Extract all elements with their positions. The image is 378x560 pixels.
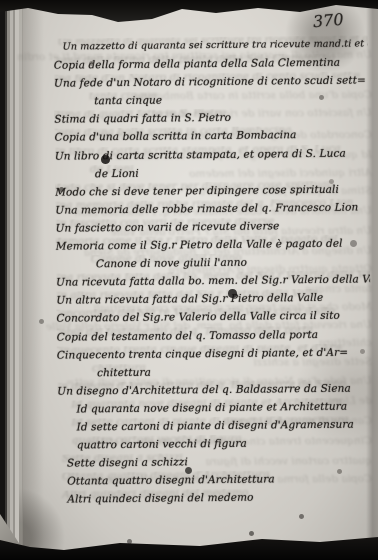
manuscript-line: Una memoria delle robbe rimaste del q. F… xyxy=(55,198,369,219)
manuscript-line: Memoria come il Sig.r Pietro della Valle… xyxy=(56,234,370,255)
manuscript-line: Un libro di carta scritta stampata, et o… xyxy=(55,144,369,165)
manuscript-line: Una fede d'un Notaro di ricognitione di … xyxy=(54,72,368,93)
manuscript-line: Cinquecento trenta cinque disegni di pia… xyxy=(57,343,371,364)
manuscript-text-block: Un mazzetto di quaranta sei scritture tr… xyxy=(54,35,373,509)
manuscript-line: Id sette cartoni di piante di disegni d'… xyxy=(58,415,372,436)
paper-stains-and-blots xyxy=(0,0,3,3)
folio-number: 370 xyxy=(313,10,345,32)
manuscript-line: Concordato del Sig.re Valerio della Vall… xyxy=(56,307,370,328)
manuscript-line: Altri quindeci disegni del medemo xyxy=(58,488,372,509)
manuscript-scan-page: Un mazzetto di quaranta sei scritture tr… xyxy=(0,0,378,560)
book-gutter-edge xyxy=(0,0,26,560)
